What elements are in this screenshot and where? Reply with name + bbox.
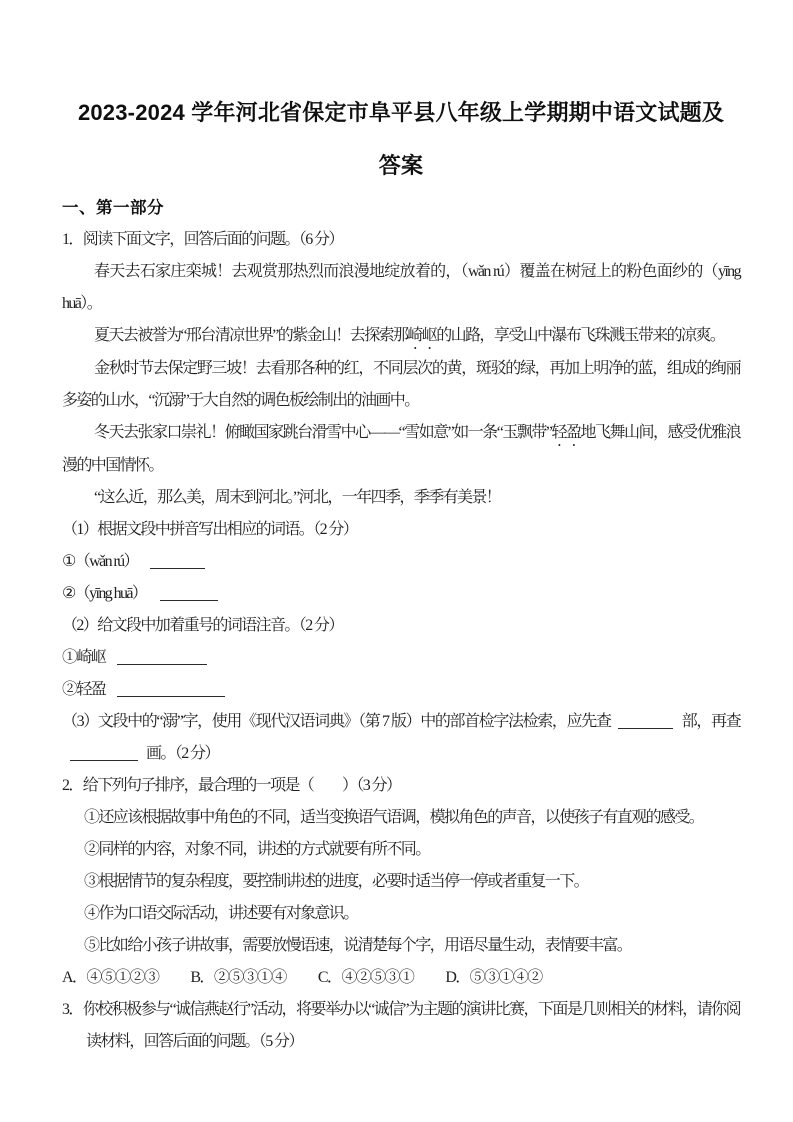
- q2-sentence-1: ①还应该根据故事中角色的不同，适当变换语气语调，模拟角色的声音，以使孩子有直观的…: [62, 802, 740, 834]
- section-heading: 一、第一部分: [62, 192, 740, 224]
- text-segment: 部，再查: [681, 713, 740, 730]
- q1-sub1-item2: ②（yīng huā）: [62, 578, 740, 610]
- text-segment: 冬天去张家口崇礼！俯瞰国家跳台滑雪中心——“雪如意”如一条“玉飘带”: [94, 424, 551, 441]
- answer-blank-line: [150, 552, 205, 569]
- q1-stem: 1．阅读下面文字，回答后面的问题。（6 分）: [62, 224, 740, 256]
- q2-sentence-3: ③根据情节的复杂程度，要控制讲述的进度，必要时适当停一停或者重复一下。: [62, 866, 740, 898]
- item-label: ①（wǎn rú）: [62, 553, 138, 570]
- text-segment: （3）文段中的“溺”字，使用《现代汉语词典》（第 7 版）中的部首检字法检索，应…: [62, 713, 610, 730]
- answer-blank-line: [117, 648, 207, 665]
- q1-passage-winter: 冬天去张家口崇礼！俯瞰国家跳台滑雪中心——“雪如意”如一条“玉飘带”轻盈地飞舞山…: [62, 417, 740, 482]
- q1-sub2-prompt: （2）给文段中加着重号的词语注音。（2 分）: [62, 610, 740, 642]
- answer-blank-line: [117, 680, 225, 697]
- exam-document-page: 2023-2024 学年河北省保定市阜平县八年级上学期期中语文试题及答案 一、第…: [0, 0, 793, 1122]
- item-label: ②轻盈: [62, 681, 105, 698]
- q1-sub2-item1: ①崎岖: [62, 642, 740, 674]
- q1-sub2-item2: ②轻盈: [62, 674, 740, 706]
- q2-option-a: A．④⑤①②③: [62, 962, 158, 994]
- q1-passage-summer: 夏天去被誉为“邢台清凉世界”的紫金山！去探索那崎岖的山路，享受山中瀑布飞珠溅玉带…: [62, 320, 740, 353]
- q2-option-d: D．⑤③①④②: [445, 962, 541, 994]
- q2-sentence-4: ④作为口语交际活动，讲述要有对象意识。: [62, 898, 740, 930]
- q2-sentence-2: ②同样的内容，对象不同，讲述的方式就要有所不同。: [62, 834, 740, 866]
- q1-passage-autumn: 金秋时节去保定野三坡！去看那各种的红，不同层次的黄，斑驳的绿，再加上明净的蓝，组…: [62, 353, 740, 417]
- q1-sub1-item1: ①（wǎn rú）: [62, 546, 740, 578]
- document-title: 2023-2024 学年河北省保定市阜平县八年级上学期期中语文试题及答案: [73, 86, 729, 192]
- q2-stem: 2．给下列句子排序，最合理的一项是（ ）（3 分）: [62, 770, 740, 802]
- item-label: ①崎岖: [62, 649, 105, 666]
- answer-blank-line: [70, 744, 138, 761]
- q3-stem: 3．你校积极参与“诚信燕赵行”活动，将要举办以“诚信”为主题的演讲比赛，下面是几…: [62, 994, 740, 1058]
- q2-sentence-5: ⑤比如给小孩子讲故事，需要放慢语速，说清楚每个字，用语尽量生动，表情要丰富。: [62, 930, 740, 962]
- emphasized-word-qingying: 轻盈: [551, 424, 580, 441]
- text-segment: 夏天去被誉为“邢台清凉世界”的紫金山！去探索那: [94, 327, 407, 344]
- q2-option-c: C．④②⑤③①: [318, 962, 413, 994]
- q1-sub1-prompt: （1）根据文段中拼音写出相应的词语。（2 分）: [62, 514, 740, 546]
- emphasized-word-qiqu: 崎岖: [407, 327, 436, 344]
- q2-option-b: B．②⑤③①④: [190, 962, 285, 994]
- text-segment: 的山路，享受山中瀑布飞珠溅玉带来的凉爽。: [436, 327, 724, 344]
- q1-passage-slogan: “这么近，那么美，周末到河北。”河北，一年四季，季季有美景！: [62, 482, 740, 514]
- item-label: ②（yīng huā）: [62, 585, 146, 602]
- q1-passage-spring: 春天去石家庄栾城！去观赏那热烈而浪漫地绽放着的，（wǎn rú）覆盖在树冠上的粉…: [62, 256, 740, 320]
- text-segment: 画。（2 分）: [146, 745, 219, 762]
- q1-sub3-prompt: （3）文段中的“溺”字，使用《现代汉语词典》（第 7 版）中的部首检字法检索，应…: [62, 706, 740, 770]
- answer-blank-line: [160, 584, 218, 601]
- answer-blank-line: [618, 712, 673, 729]
- q2-options-row: A．④⑤①②③ B．②⑤③①④ C．④②⑤③① D．⑤③①④②: [62, 962, 740, 994]
